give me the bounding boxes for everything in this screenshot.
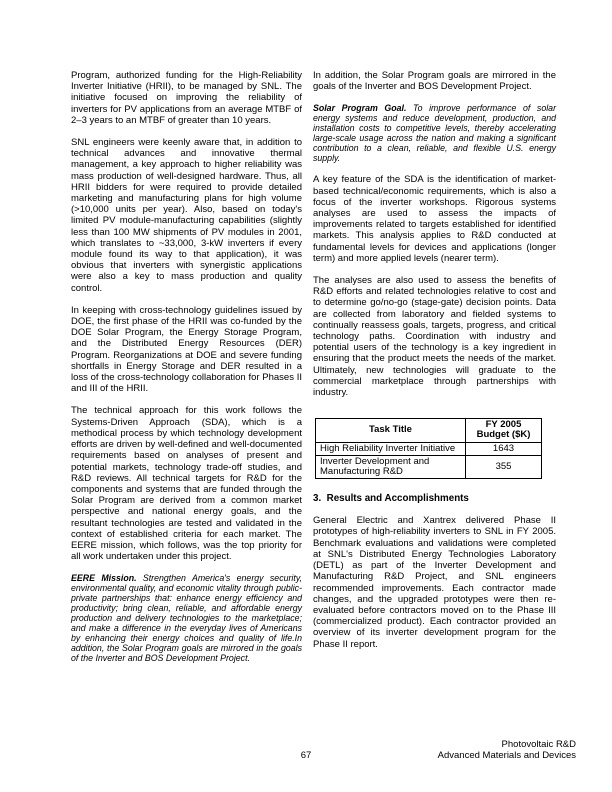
budget-table: Task Title FY 2005Budget ($K) High Relia… [315,418,542,479]
paragraph-technical-approach: The technical approach for this work fol… [71,405,302,562]
task-title-cell: High Reliability Inverter Initiative [316,442,466,455]
budget-value-cell: 1643 [466,442,542,455]
paragraph-cross-technology: In keeping with cross-technology guideli… [71,305,302,395]
paragraph-hrii-funding: Program, authorized funding for the High… [71,70,302,126]
eere-mission-lead: EERE Mission. [71,573,137,583]
paragraph-analyses-benefits: The analyses are also used to assess the… [313,275,556,398]
budget-value-cell: 355 [466,455,542,478]
table-header-task-title: Task Title [316,419,466,442]
right-column: In addition, the Solar Program goals are… [313,70,556,661]
table-row: Inverter Development and Manufacturing R… [316,455,542,478]
solar-program-goal-lead: Solar Program Goal. [313,103,406,113]
footer-right-block: Photovoltaic R&D Advanced Materials and … [438,740,576,762]
left-column: Program, authorized funding for the High… [71,70,302,674]
eere-mission-body: Strengthen America's energy security, en… [71,573,302,663]
paragraph-solar-program-goal: Solar Program Goal. To improve performan… [313,103,556,163]
document-page: Program, authorized funding for the High… [0,0,612,792]
footer-section-title: Advanced Materials and Devices [438,751,576,762]
task-title-cell: Inverter Development and Manufacturing R… [316,455,466,478]
table-row: High Reliability Inverter Initiative 164… [316,442,542,455]
budget-table-header-row: Task Title FY 2005Budget ($K) [316,419,542,442]
paragraph-solar-goals-mirrored: In addition, the Solar Program goals are… [313,70,556,92]
paragraph-sda-key-feature: A key feature of the SDA is the identifi… [313,174,556,264]
budget-header-line2: Budget ($K) [477,429,531,440]
paragraph-eere-mission: EERE Mission. Strengthen America's energ… [71,573,302,663]
paragraph-results-phase2: General Electric and Xantrex delivered P… [313,515,556,649]
section-heading-results: 3. Results and Accomplishments [313,493,556,504]
table-header-fy2005-budget: FY 2005Budget ($K) [466,419,542,442]
paragraph-mass-production: SNL engineers were keenly aware that, in… [71,137,302,294]
